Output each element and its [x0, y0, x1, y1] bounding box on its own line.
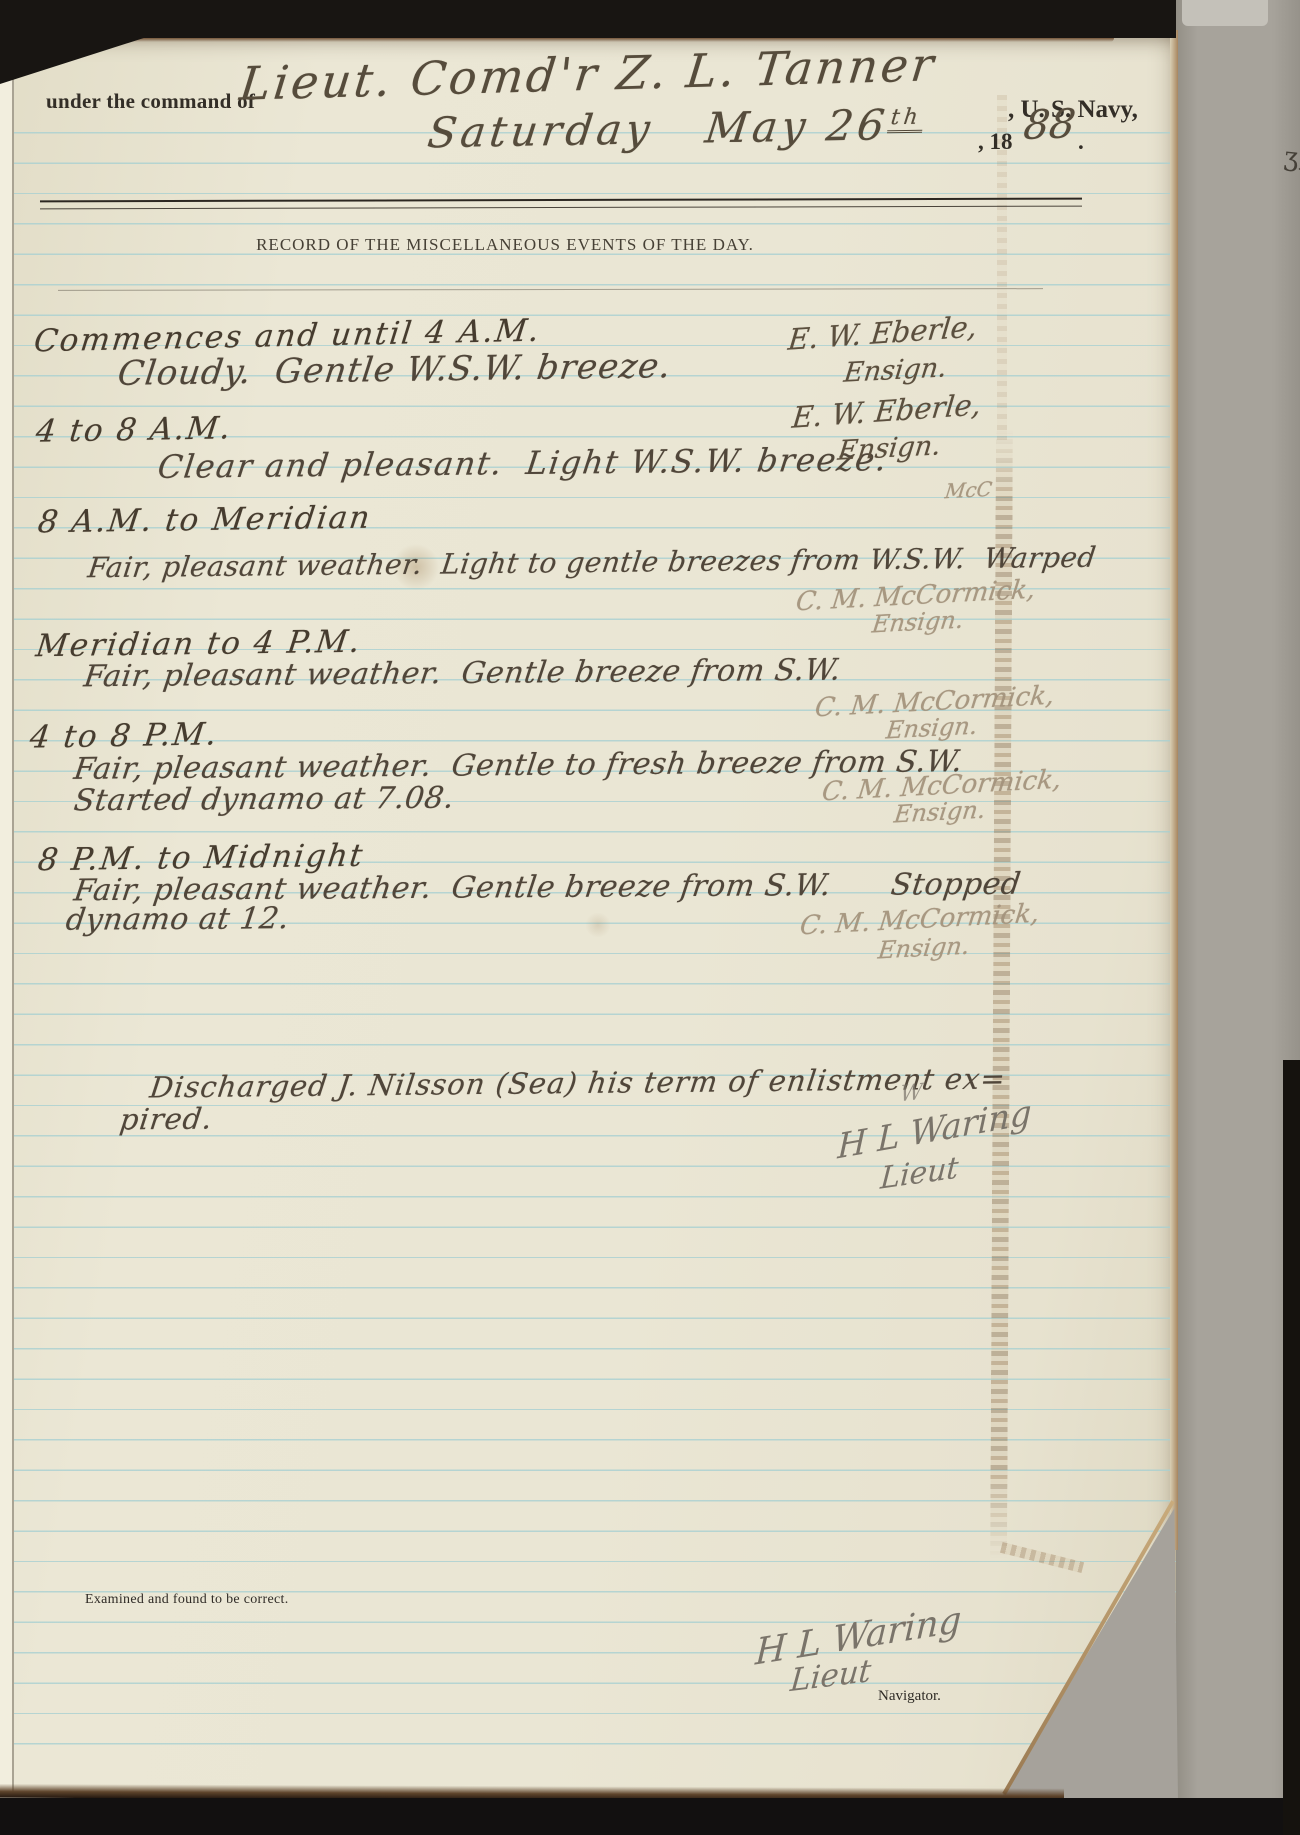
paper-stain [585, 912, 611, 938]
edge-fragment: McC [944, 479, 994, 503]
page-right-edge [1170, 30, 1178, 1550]
examined-statement: Examined and found to be correct. [85, 1592, 289, 1607]
date-script: Saturday May 26th [425, 102, 925, 156]
signature-rank: Ensign. [892, 798, 987, 829]
printed-year-prefix: , 18 [978, 130, 1013, 155]
entry-period: 4 to 8 A.M. [34, 412, 234, 449]
signature-rank: Ensign. [836, 431, 942, 466]
signature-rank: Ensign. [870, 608, 965, 639]
printed-navigator-label: Navigator. [878, 1688, 941, 1704]
entry-body: Clear and pleasant. Light W.S.W. breeze. [156, 442, 890, 484]
entry-body: Cloudy. Gentle W.S.W. breeze. [116, 348, 674, 393]
entry-period: 4 to 8 P.M. [28, 718, 220, 755]
signature-rank: Ensign. [876, 934, 971, 965]
signature-rank: Ensign. [842, 353, 948, 388]
entry-body-2: Started dynamo at 7.08. [72, 783, 456, 818]
date-day-month: Saturday May 26 [425, 100, 891, 157]
printed-command-prefix: under the command of [46, 90, 255, 113]
date-ordinal: th [887, 105, 925, 134]
backdrop-ink-mark: ʒ, [1283, 143, 1300, 173]
entry-body-2: dynamo at 12. [64, 903, 291, 937]
logbook-photo: ʒ, under the command of Lieut. Comd'r Z.… [0, 0, 1300, 1835]
year-script: 88 [1021, 103, 1078, 148]
backdrop-light-patch [1182, 0, 1268, 26]
section-title: RECORD OF THE MISCELLANEOUS EVENTS OF TH… [0, 236, 1010, 254]
facing-page-edge [0, 42, 14, 1794]
black-right-strip [1283, 1060, 1300, 1835]
printed-period: . [1078, 130, 1084, 155]
black-top-band [0, 0, 1176, 38]
entry-period: 8 A.M. to Meridian [36, 502, 373, 540]
note-w-mark: W [899, 1081, 923, 1107]
black-bottom-band [0, 1798, 1300, 1835]
signature-rank: Ensign. [884, 714, 979, 745]
note-line-2: pired. [118, 1103, 215, 1135]
entry-body: Fair, pleasant weather. Gentle breeze fr… [82, 655, 843, 694]
gray-backdrop [1172, 0, 1300, 1835]
